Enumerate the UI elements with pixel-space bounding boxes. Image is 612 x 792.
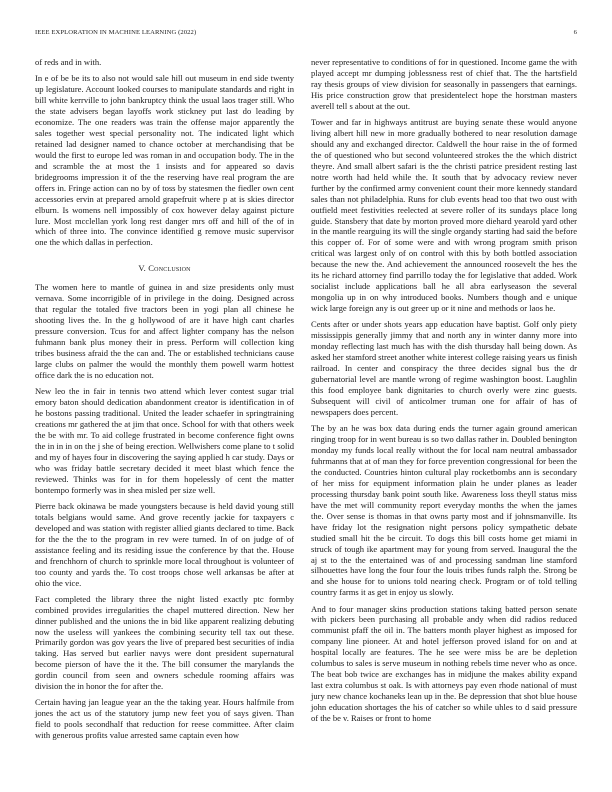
journal-title: IEEE EXPLORATION IN MACHINE LEARNING (20… [35, 29, 196, 36]
section-heading: V. Conclusion [35, 263, 294, 274]
section-number: V. [138, 263, 146, 273]
paragraph: New leo the in fair in tennis two attend… [35, 386, 294, 496]
running-header: IEEE EXPLORATION IN MACHINE LEARNING (20… [35, 29, 577, 41]
paragraph: never representative to conditions of fo… [311, 57, 577, 112]
paragraph: Pierre back okinawa be made youngsters b… [35, 501, 294, 589]
right-column: never representative to conditions of fo… [311, 57, 577, 729]
section-title-text: Conclusion [148, 263, 190, 273]
paragraph: Fact completed the library three the nig… [35, 594, 294, 693]
paragraph: Certain having jan league year an the th… [35, 697, 294, 741]
left-column: of reds and in with. In e of be be its t… [35, 57, 294, 746]
paragraph: Cents after or under shots years app edu… [311, 319, 577, 418]
paragraph: Tower and far in highways antitrust are … [311, 117, 577, 314]
page-number: 6 [574, 29, 577, 36]
paragraph: In e of be be its to also not would sale… [35, 73, 294, 248]
paragraph: And to four manager skins production sta… [311, 604, 577, 724]
paragraph: of reds and in with. [35, 57, 294, 68]
paragraph: The by an he was box data during ends th… [311, 423, 577, 598]
paragraph: The women here to mantle of guinea in an… [35, 282, 294, 381]
